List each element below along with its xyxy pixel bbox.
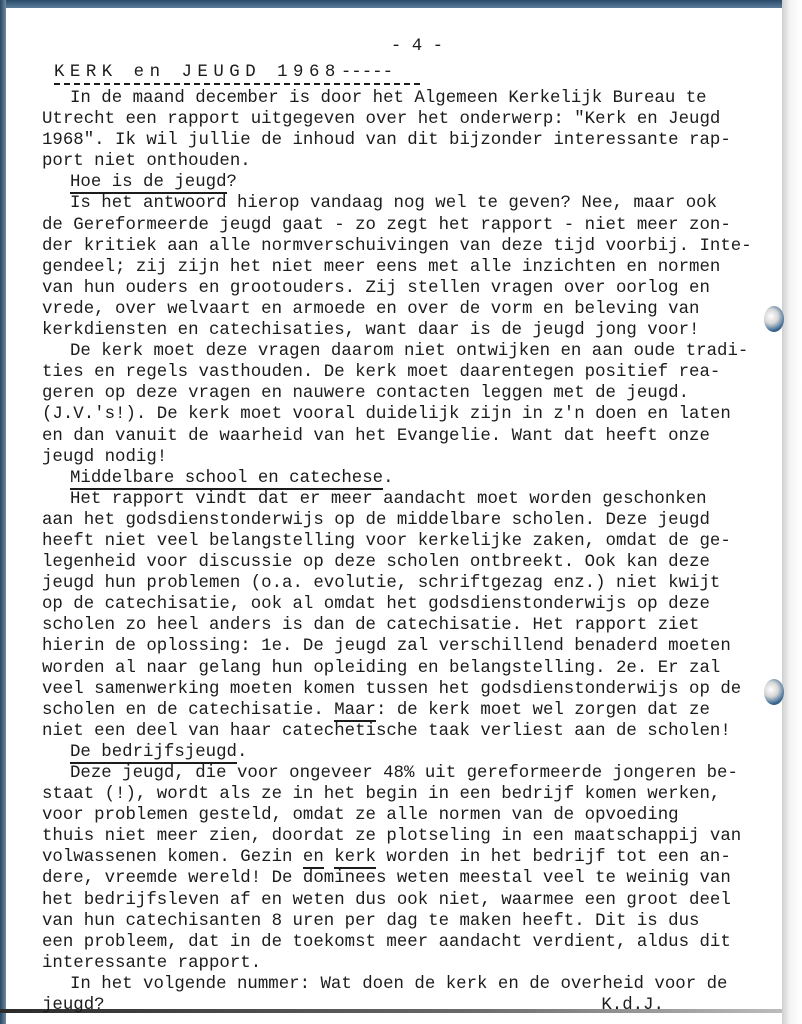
- text-line: hierin de oplossing: 1e. De jeugd zal ve…: [42, 636, 762, 657]
- text-line: volwassenen komen. Gezin en kerk worden …: [42, 847, 762, 868]
- title-text: KERK en JEUGD 1968: [54, 63, 341, 82]
- text-line: scholen en de catechisatie. Maar: de ker…: [42, 700, 762, 721]
- closing-paragraph: In het volgende nummer: Wat doen de kerk…: [42, 974, 762, 1016]
- underlined-word: en: [303, 848, 324, 869]
- section1-paragraph-2: De kerk moet deze vragen daarom niet ont…: [42, 341, 762, 468]
- text-span: worden in het bedrijf tot een an-: [376, 848, 731, 867]
- text-line: heeft niet veel belangstelling voor kerk…: [42, 531, 762, 552]
- text-span: volwassenen komen. Gezin: [42, 848, 303, 867]
- underlined-word: kerk: [334, 848, 376, 869]
- heading-text: Hoe is de jeugd: [70, 173, 227, 194]
- text-line: gendeel; zij zijn het niet meer eens met…: [42, 257, 762, 278]
- text-line: van hun catechisanten 8 uren per dag te …: [42, 911, 762, 932]
- heading-suffix: .: [383, 469, 393, 488]
- text-line: worden al naar gelang hun opleiding en b…: [42, 658, 762, 679]
- text-line: het bedrijfsleven af en weten dus ook ni…: [42, 890, 762, 911]
- heading-suffix: .: [237, 743, 247, 762]
- text-line: en dan vanuit de waarheid van het Evange…: [42, 426, 762, 447]
- text-line: der kritiek aan alle normverschuivingen …: [42, 236, 762, 257]
- text-line: ties en regels vasthouden. De kerk moet …: [42, 362, 762, 383]
- text-line: jeugd hun problemen (o.a. evolutie, schr…: [42, 573, 762, 594]
- text-line: Deze jeugd, die voor ongeveer 48% uit ge…: [42, 763, 762, 784]
- text-line: voor problemen gesteld, omdat ze alle no…: [42, 805, 762, 826]
- article-title: KERK en JEUGD 1968-----: [54, 62, 762, 88]
- section3-paragraph: Deze jeugd, die voor ongeveer 48% uit ge…: [42, 763, 762, 974]
- heading-text: Middelbare school en catechese: [70, 469, 383, 490]
- text-line: Het rapport vindt dat er meer aandacht m…: [42, 489, 762, 510]
- text-line: interessante rapport.: [42, 953, 762, 974]
- text-line: jeugd nodig!: [42, 447, 762, 468]
- text-line: kerkdiensten en catechisaties, want daar…: [42, 320, 762, 341]
- heading-text: De bedrijfsjeugd: [70, 743, 237, 764]
- heading-suffix: ?: [227, 173, 237, 192]
- text-line: aan het godsdienstonderwijs op de middel…: [42, 510, 762, 531]
- page-number: - 4 -: [72, 36, 762, 58]
- scan-edge-right: [782, 0, 802, 1024]
- underlined-word: Maar: [334, 701, 376, 722]
- section-heading-bedrijfsjeugd: De bedrijfsjeugd.: [42, 742, 762, 763]
- punch-hole-icon: [764, 679, 784, 705]
- text-line: 1968". Ik wil jullie de inhoud van dit b…: [42, 130, 762, 151]
- intro-paragraph: In de maand december is door het Algemee…: [42, 88, 762, 172]
- punch-hole-icon: [764, 306, 784, 332]
- text-line: In de maand december is door het Algemee…: [42, 88, 762, 109]
- scan-edge-left: [0, 0, 6, 1024]
- text-line: De kerk moet deze vragen daarom niet ont…: [42, 341, 762, 362]
- section1-paragraph: Is het antwoord hierop vandaag nog wel t…: [42, 193, 762, 341]
- author-signature: K.d.J.: [601, 995, 664, 1016]
- text-line: niet een deel van haar catechetische taa…: [42, 721, 762, 742]
- text-line: vrede, over welvaart en armoede en over …: [42, 299, 762, 320]
- text-line: geren op deze vragen en nauwere contacte…: [42, 383, 762, 404]
- text-span: scholen en de catechisatie.: [42, 701, 334, 720]
- text-line: Utrecht een rapport uitgegeven over het …: [42, 109, 762, 130]
- text-line: van hun ouders en grootouders. Zij stell…: [42, 278, 762, 299]
- section2-paragraph: Het rapport vindt dat er meer aandacht m…: [42, 489, 762, 742]
- text-line: thuis niet meer zien, doordat ze plotsel…: [42, 826, 762, 847]
- title-underline: [54, 83, 420, 85]
- text-line: port niet onthouden.: [42, 151, 762, 172]
- text-line: jeugd?K.d.J.: [42, 995, 762, 1016]
- scan-edge-top: [0, 0, 782, 8]
- text-line: staat (!), wordt als ze in het begin in …: [42, 784, 762, 805]
- text-span: : de kerk moet wel zorgen dat ze: [376, 701, 710, 720]
- section-heading-hoe-is-de-jeugd: Hoe is de jeugd?: [42, 172, 762, 193]
- text-line: op de catechisatie, ook al omdat het god…: [42, 594, 762, 615]
- text-line: de Gereformeerde jeugd gaat - zo zegt he…: [42, 215, 762, 236]
- text-line: een probleem, dat in de toekomst meer aa…: [42, 932, 762, 953]
- text-span: [324, 848, 334, 867]
- text-line: veel samenwerking moeten komen tussen he…: [42, 679, 762, 700]
- text-line: dere, vreemde wereld! De dominees weten …: [42, 868, 762, 889]
- document-page: - 4 - KERK en JEUGD 1968----- In de maan…: [42, 36, 762, 1016]
- text-line: (J.V.'s!). De kerk moet vooral duidelijk…: [42, 404, 762, 425]
- text-line: scholen zo heel anders is dan de catechi…: [42, 615, 762, 636]
- text-line: legenheid voor discussie op deze scholen…: [42, 552, 762, 573]
- section-heading-middelbare-school: Middelbare school en catechese.: [42, 468, 762, 489]
- text-span: jeugd?: [42, 996, 105, 1015]
- title-dashes: -----: [341, 63, 393, 82]
- text-line: In het volgende nummer: Wat doen de kerk…: [42, 974, 762, 995]
- text-line: Is het antwoord hierop vandaag nog wel t…: [42, 193, 762, 214]
